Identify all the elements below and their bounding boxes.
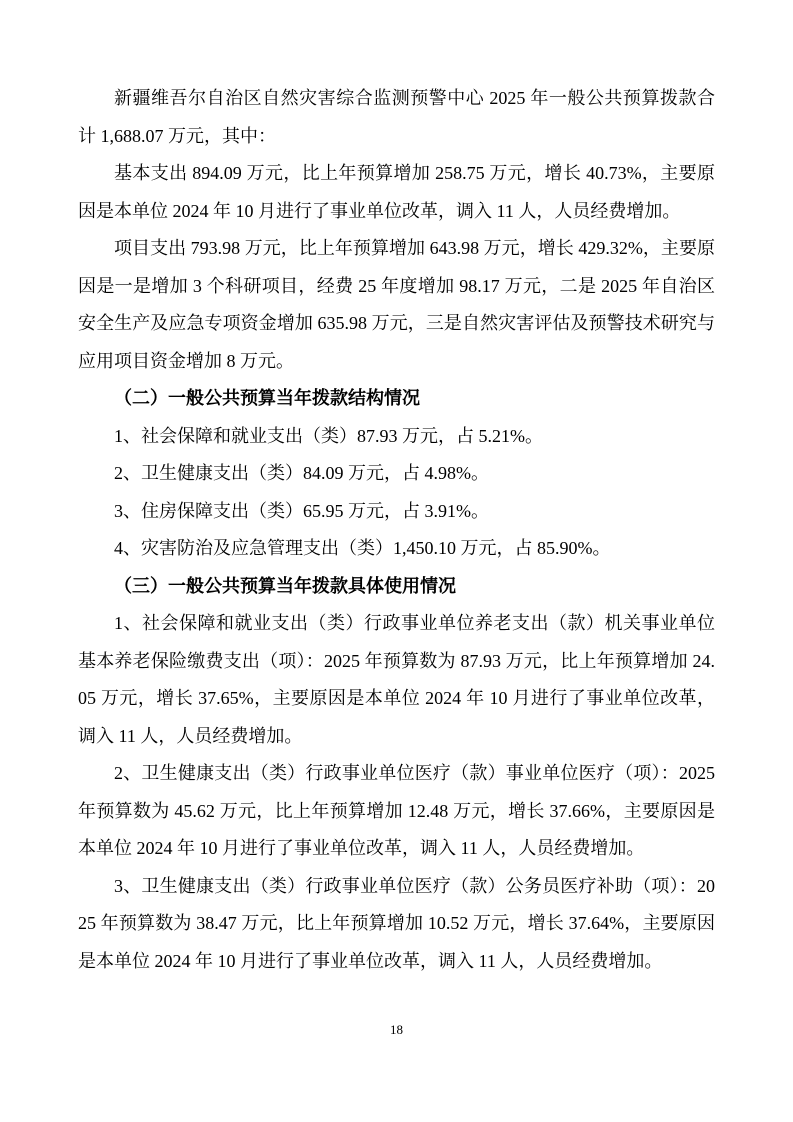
section-heading-specific-use: （三）一般公共预算当年拨款具体使用情况 [78, 568, 715, 606]
paragraph-basic-expenditure: 基本支出 894.09 万元，比上年预算增加 258.75 万元，增长 40.7… [78, 155, 715, 230]
page-number: 18 [0, 1022, 793, 1038]
document-page: 新疆维吾尔自治区自然灾害综合监测预警中心 2025 年一般公共预算拨款合计 1,… [0, 0, 793, 1122]
list-item-social-security: 1、社会保障和就业支出（类）87.93 万元，占 5.21%。 [78, 418, 715, 456]
paragraph-project-expenditure: 项目支出 793.98 万元，比上年预算增加 643.98 万元，增长 429.… [78, 230, 715, 380]
paragraph-detail-medical: 2、卫生健康支出（类）行政事业单位医疗（款）事业单位医疗（项）：2025 年预算… [78, 755, 715, 868]
document-body: 新疆维吾尔自治区自然灾害综合监测预警中心 2025 年一般公共预算拨款合计 1,… [78, 80, 715, 980]
section-heading-structure: （二）一般公共预算当年拨款结构情况 [78, 380, 715, 418]
paragraph-detail-civil-servant-medical: 3、卫生健康支出（类）行政事业单位医疗（款）公务员医疗补助（项）：2025 年预… [78, 868, 715, 981]
list-item-health: 2、卫生健康支出（类）84.09 万元，占 4.98%。 [78, 455, 715, 493]
list-item-housing: 3、住房保障支出（类）65.95 万元，占 3.91%。 [78, 493, 715, 531]
list-item-disaster-management: 4、灾害防治及应急管理支出（类）1,450.10 万元，占 85.90%。 [78, 530, 715, 568]
paragraph-detail-pension: 1、社会保障和就业支出（类）行政事业单位养老支出（款）机关事业单位基本养老保险缴… [78, 605, 715, 755]
paragraph-budget-total: 新疆维吾尔自治区自然灾害综合监测预警中心 2025 年一般公共预算拨款合计 1,… [78, 80, 715, 155]
